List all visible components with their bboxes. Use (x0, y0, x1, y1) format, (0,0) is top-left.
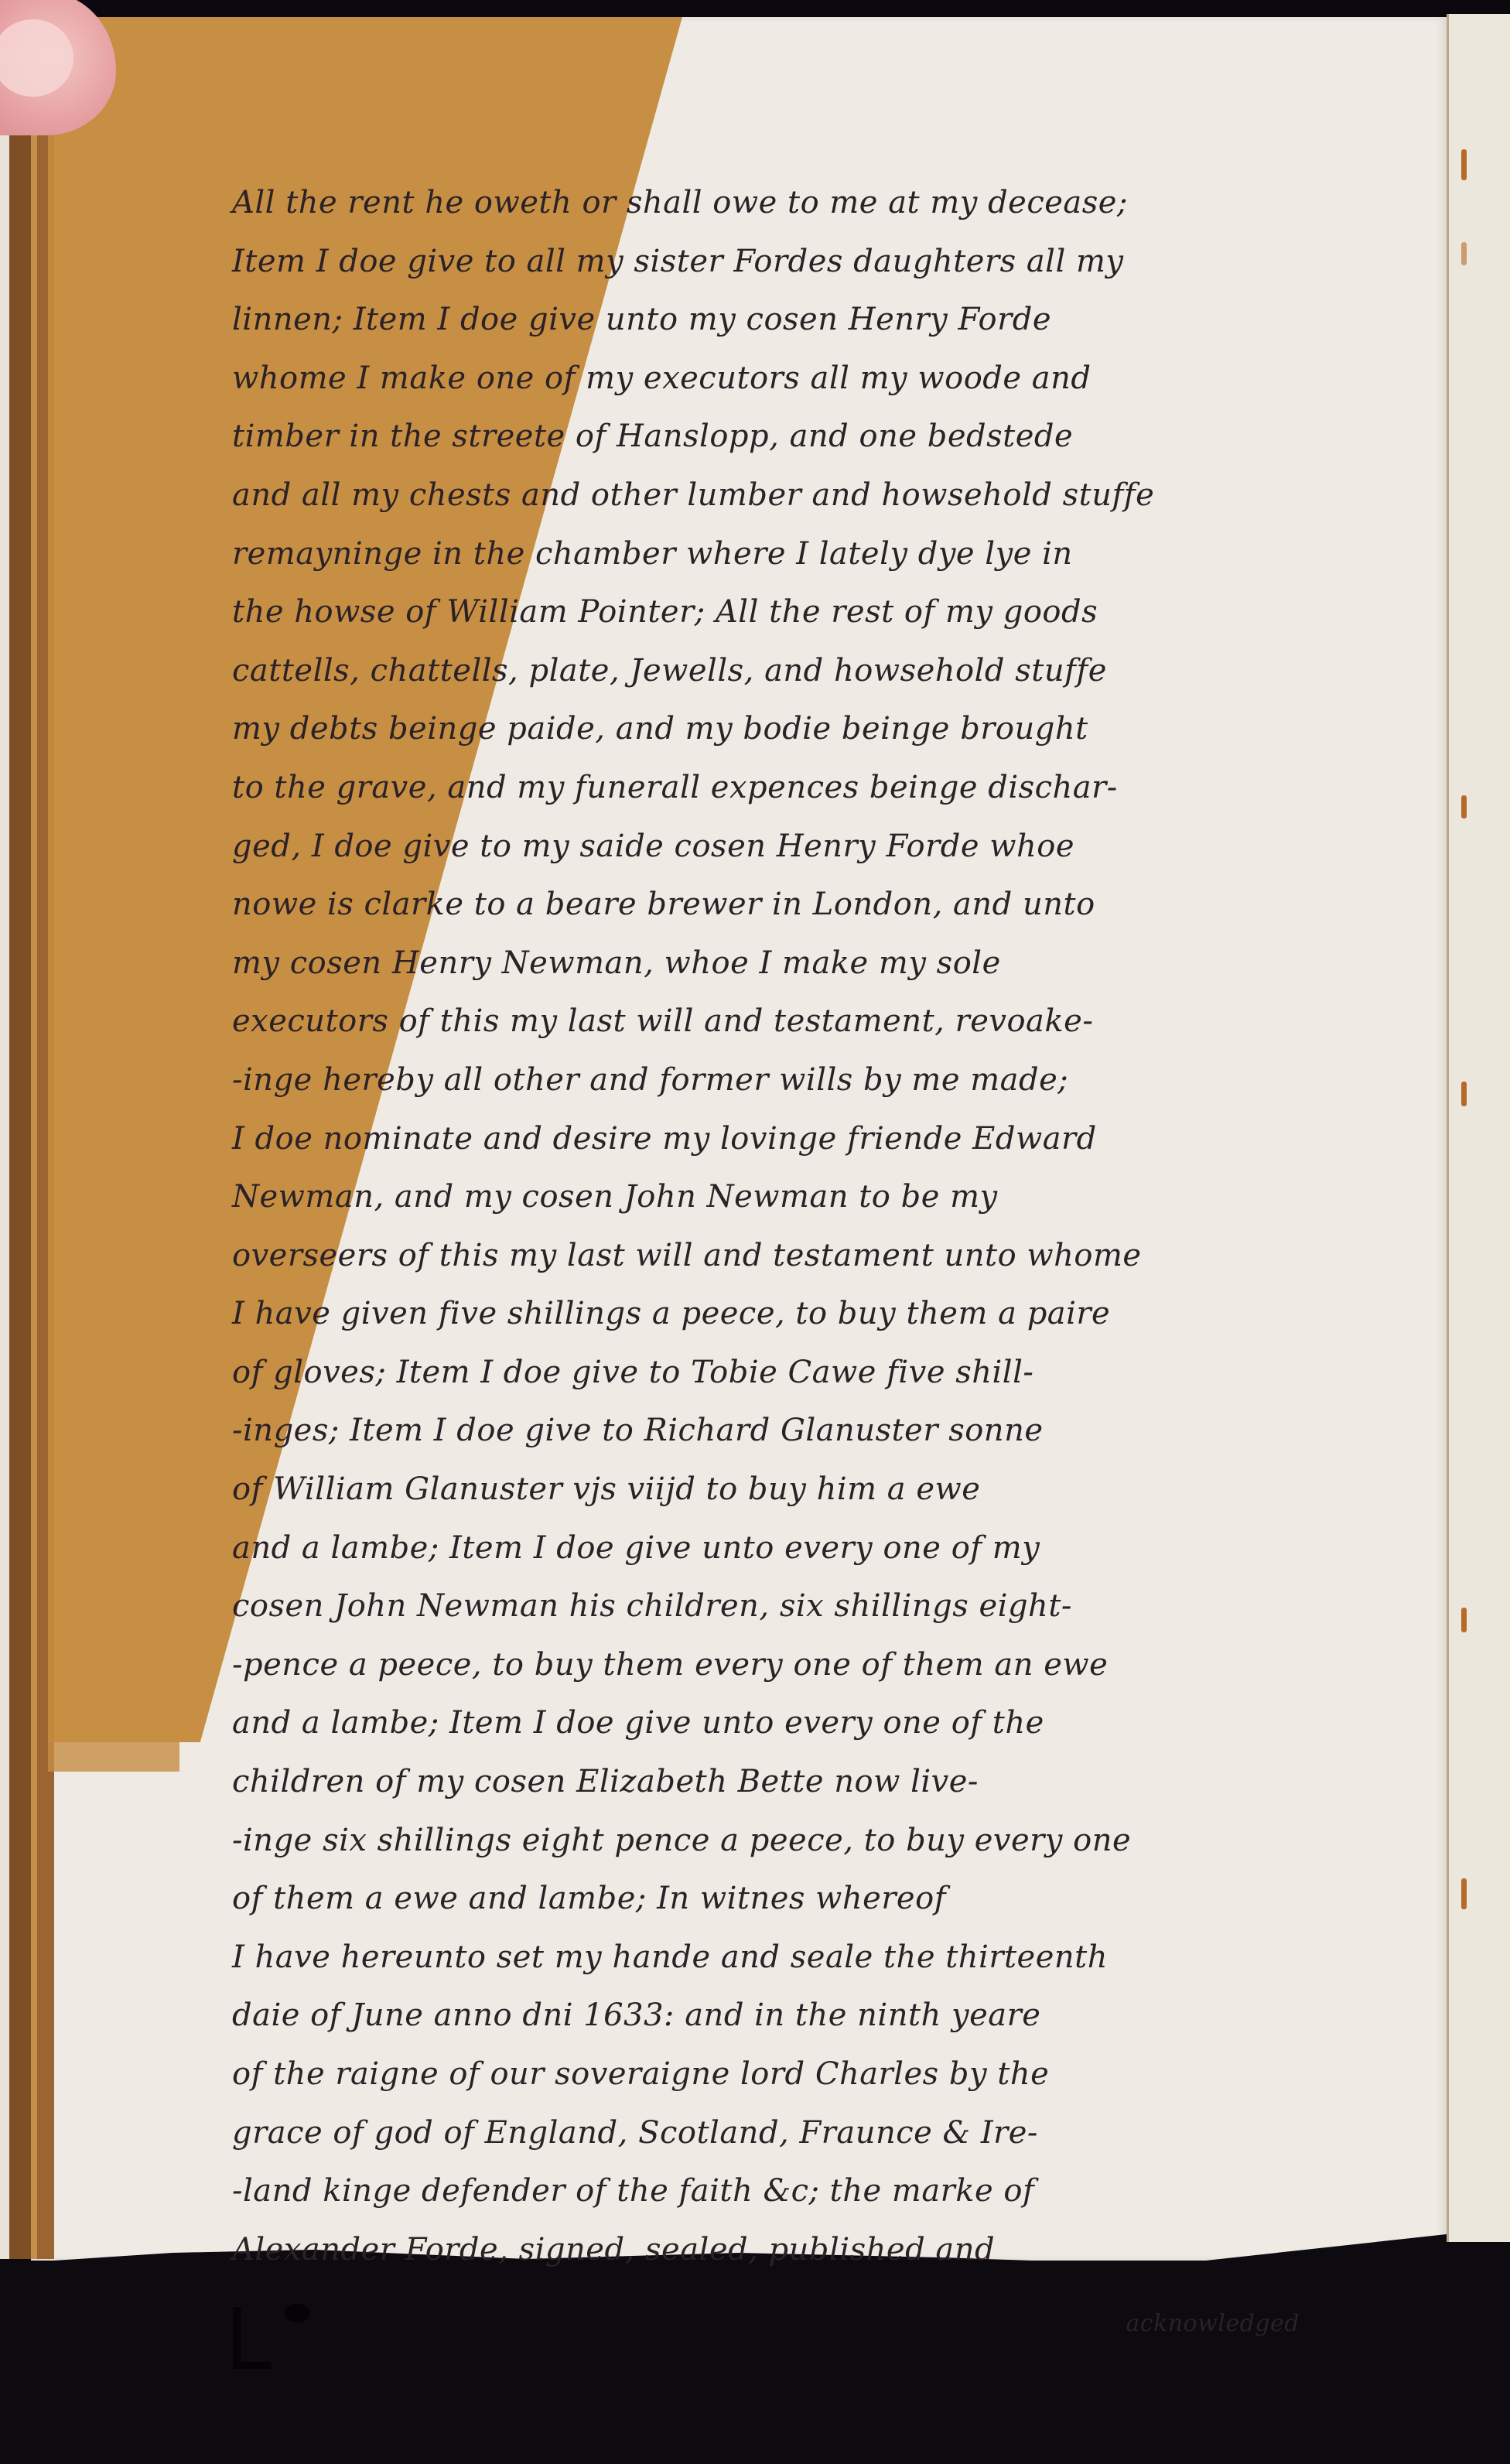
text-line: I have given five shillings a peece, to … (232, 1285, 1439, 1344)
text-line: whome I make one of my executors all my … (232, 350, 1439, 408)
stain-mark (1461, 795, 1467, 818)
text-line: -land kinge defender of the faith &c; th… (232, 2162, 1439, 2221)
text-line: Newman, and my cosen John Newman to be m… (232, 1168, 1439, 1227)
text-line: daie of June anno dni 1633: and in the n… (232, 1987, 1439, 2045)
text-line: my cosen Henry Newman, whoe I make my so… (232, 935, 1439, 993)
text-line: the howse of William Pointer; All the re… (232, 583, 1439, 642)
text-line: of the raigne of our soveraigne lord Cha… (232, 2045, 1439, 2104)
folio-letter: L (224, 2290, 272, 2389)
text-line: linnen; Item I doe give unto my cosen He… (232, 291, 1439, 350)
text-line: children of my cosen Elizabeth Bette now… (232, 1753, 1439, 1812)
text-line: -inge six shillings eight pence a peece,… (232, 1812, 1439, 1871)
text-line: I have hereunto set my hande and seale t… (232, 1929, 1439, 1987)
text-line: overseers of this my last will and testa… (232, 1227, 1439, 1286)
text-line: cosen John Newman his children, six shil… (232, 1577, 1439, 1636)
book-binding-edge (0, 124, 54, 2259)
text-line: to the grave, and my funerall expences b… (232, 759, 1439, 818)
text-line: -inge hereby all other and former wills … (232, 1051, 1439, 1110)
text-line: Item I doe give to all my sister Fordes … (232, 233, 1439, 292)
text-line: remayninge in the chamber where I lately… (232, 525, 1439, 584)
stain-mark (1461, 242, 1467, 265)
text-line: -inges; Item I doe give to Richard Glanu… (232, 1402, 1439, 1461)
stain-mark (1461, 1878, 1467, 1909)
text-line: and all my chests and other lumber and h… (232, 466, 1439, 525)
stain-mark (1461, 149, 1467, 180)
text-line: my debts beinge paide, and my bodie bein… (232, 700, 1439, 759)
text-line: of them a ewe and lambe; In witnes where… (232, 1870, 1439, 1929)
text-line: ged, I doe give to my saide cosen Henry … (232, 818, 1439, 877)
thumbnail-highlight (0, 19, 73, 97)
text-line: cattells, chattells, plate, Jewells, and… (232, 642, 1439, 701)
text-line: nowe is clarke to a beare brewer in Lond… (232, 876, 1439, 935)
text-line: grace of god of England, Scotland, Fraun… (232, 2104, 1439, 2163)
text-line: I doe nominate and desire my lovinge fri… (232, 1110, 1439, 1169)
ink-dot (284, 2304, 310, 2322)
text-line: executors of this my last will and testa… (232, 993, 1439, 1051)
adjacent-page-edge (1447, 14, 1510, 2242)
text-line: of William Glanuster vjs viijd to buy hi… (232, 1461, 1439, 1519)
stain-mark (1461, 1082, 1467, 1106)
text-line: -pence a peece, to buy them every one of… (232, 1636, 1439, 1695)
folio-mark: L (224, 2290, 310, 2389)
text-line: timber in the streete of Hanslopp, and o… (232, 408, 1439, 466)
ochre-stain (48, 1741, 179, 1772)
handwritten-text: All the rent he oweth or shall owe to me… (232, 174, 1439, 2353)
text-line: All the rent he oweth or shall owe to me… (232, 174, 1439, 233)
text-line: of gloves; Item I doe give to Tobie Cawe… (232, 1344, 1439, 1403)
text-line: Alexander Forde, signed, sealed, publish… (232, 2221, 1439, 2280)
text-line: and a lambe; Item I doe give unto every … (232, 1694, 1439, 1753)
stain-mark (1461, 1608, 1467, 1632)
text-line: and a lambe; Item I doe give unto every … (232, 1519, 1439, 1578)
closing-word: acknowledged (232, 2295, 1439, 2353)
